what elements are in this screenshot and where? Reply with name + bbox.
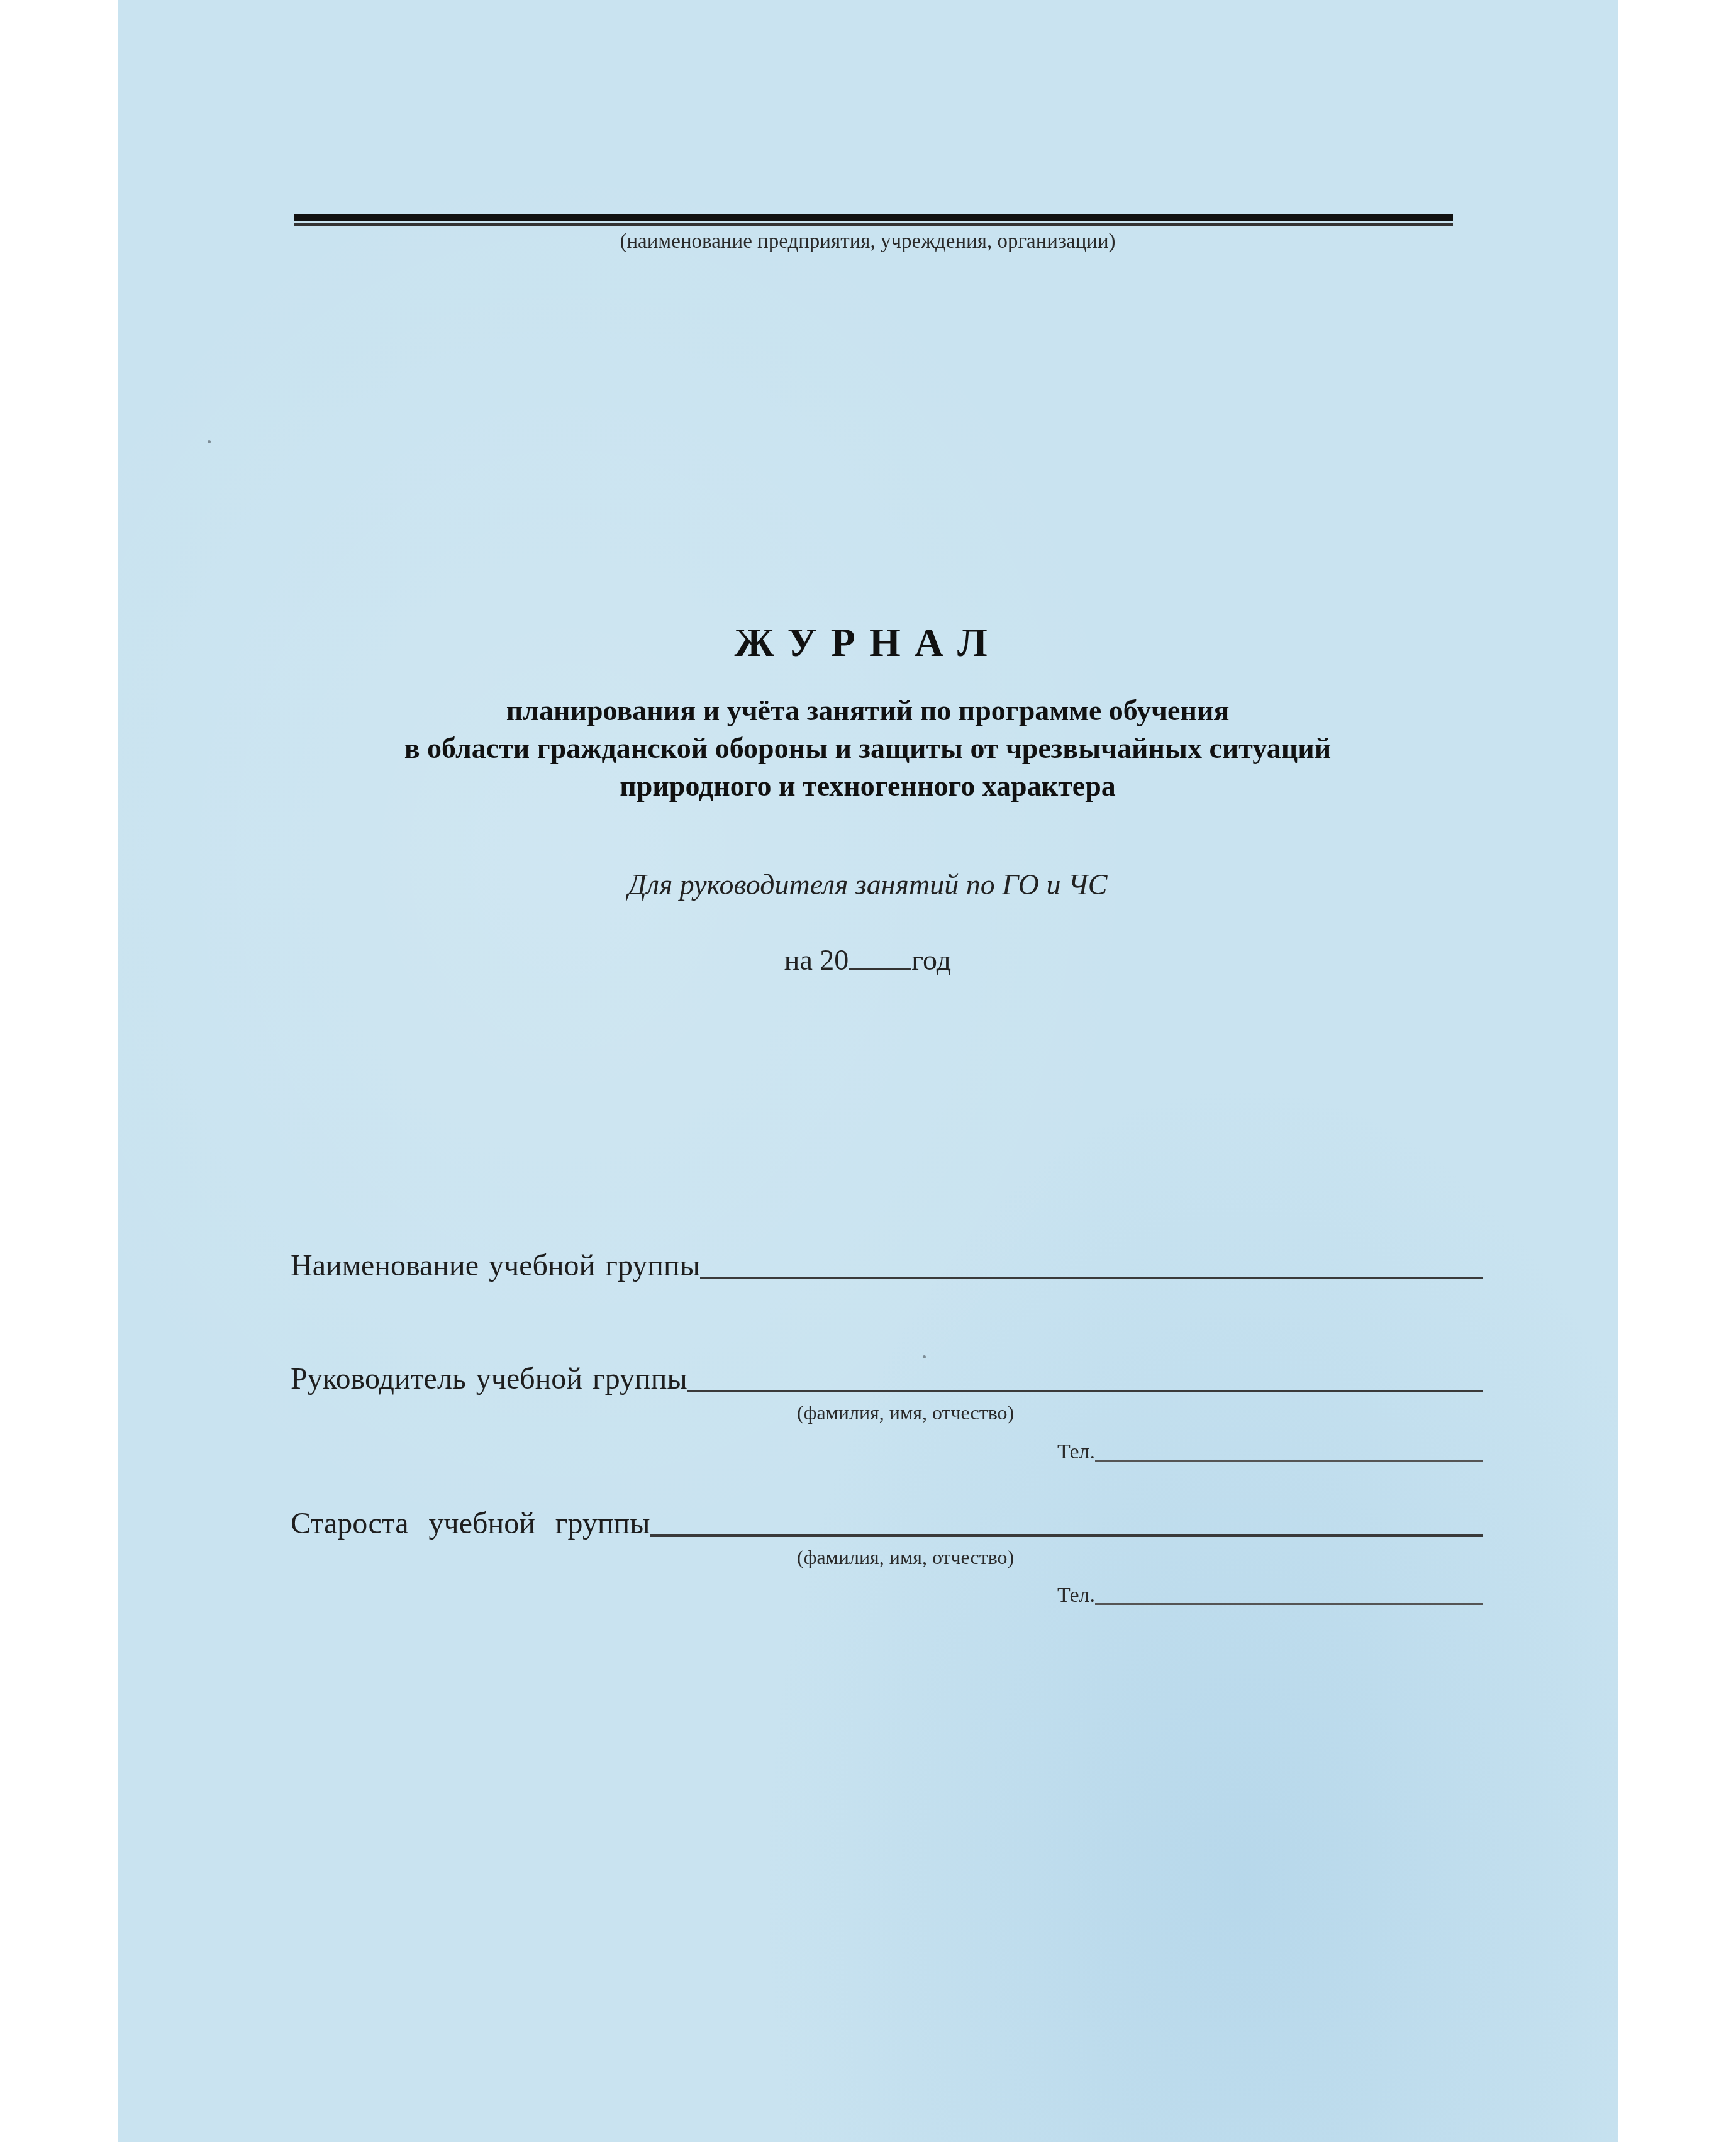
paper-speck: [923, 1355, 926, 1358]
year-blank-field[interactable]: [849, 944, 911, 970]
group-leader-label: Руководитель учебной группы: [291, 1362, 687, 1396]
group-name-field[interactable]: [700, 1251, 1483, 1279]
group-monitor-fio-caption: (фамилия, имя, отчество): [797, 1546, 1014, 1569]
group-monitor-row: Староста учебной группы: [291, 1506, 1483, 1541]
audience-line: Для руководителя занятий по ГО и ЧС: [118, 868, 1618, 901]
journal-cover-page: (наименование предприятия, учреждения, о…: [118, 0, 1618, 2142]
group-monitor-phone-row: Тел.: [1057, 1584, 1483, 1607]
year-prefix: на 20: [784, 944, 849, 976]
organization-caption: (наименование предприятия, учреждения, о…: [118, 230, 1618, 253]
group-monitor-phone-field[interactable]: [1095, 1585, 1483, 1605]
group-monitor-phone-label: Тел.: [1057, 1584, 1095, 1607]
group-leader-row: Руководитель учебной группы: [291, 1362, 1483, 1396]
group-leader-fio-caption: (фамилия, имя, отчество): [797, 1401, 1014, 1424]
group-leader-phone-field[interactable]: [1095, 1442, 1483, 1462]
group-monitor-label: Староста учебной группы: [291, 1506, 650, 1541]
group-monitor-field[interactable]: [650, 1509, 1483, 1537]
subtitle-line: планирования и учёта занятий по программ…: [118, 692, 1618, 730]
subtitle-line: в области гражданской обороны и защиты о…: [118, 730, 1618, 767]
document-subtitle: планирования и учёта занятий по программ…: [118, 692, 1618, 805]
year-line: на 20год: [118, 943, 1618, 977]
group-name-row: Наименование учебной группы: [291, 1248, 1483, 1283]
group-name-label: Наименование учебной группы: [291, 1248, 700, 1283]
year-suffix: год: [911, 944, 951, 976]
group-leader-phone-row: Тел.: [1057, 1440, 1483, 1464]
paper-speck: [208, 440, 211, 443]
organization-name-line[interactable]: [294, 214, 1453, 223]
document-title: ЖУРНАЛ: [118, 619, 1618, 666]
group-leader-field[interactable]: [687, 1365, 1483, 1392]
group-leader-phone-label: Тел.: [1057, 1440, 1095, 1464]
subtitle-line: природного и техногенного характера: [118, 767, 1618, 805]
